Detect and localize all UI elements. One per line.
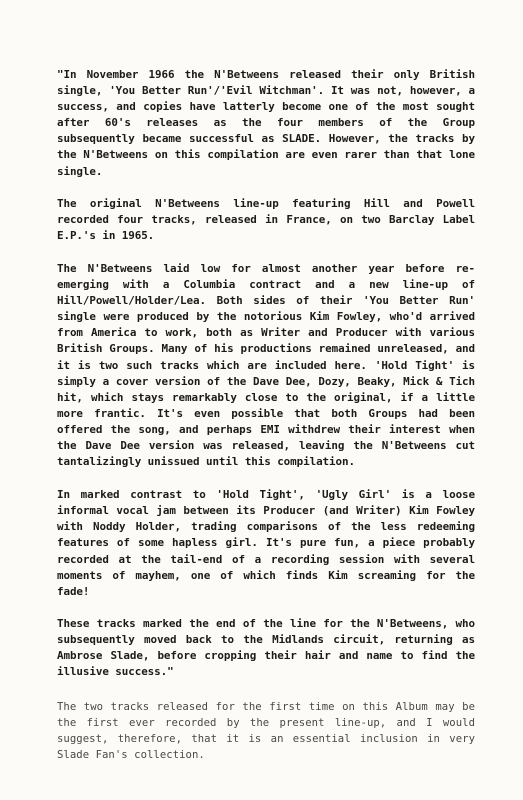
liner-notes-page: "In November 1966 the N'Betweens release… bbox=[57, 67, 475, 780]
paragraph-closing-note: The two tracks released for the first ti… bbox=[57, 699, 475, 763]
paragraph-intro: "In November 1966 the N'Betweens release… bbox=[57, 67, 475, 180]
paragraph-columbia-contract: The N'Betweens laid low for almost anoth… bbox=[57, 261, 475, 470]
paragraph-original-lineup: The original N'Betweens line-up featurin… bbox=[57, 196, 475, 244]
paragraph-end-of-line: These tracks marked the end of the line … bbox=[57, 616, 475, 680]
paragraph-ugly-girl: In marked contrast to 'Hold Tight', 'Ugl… bbox=[57, 487, 475, 600]
